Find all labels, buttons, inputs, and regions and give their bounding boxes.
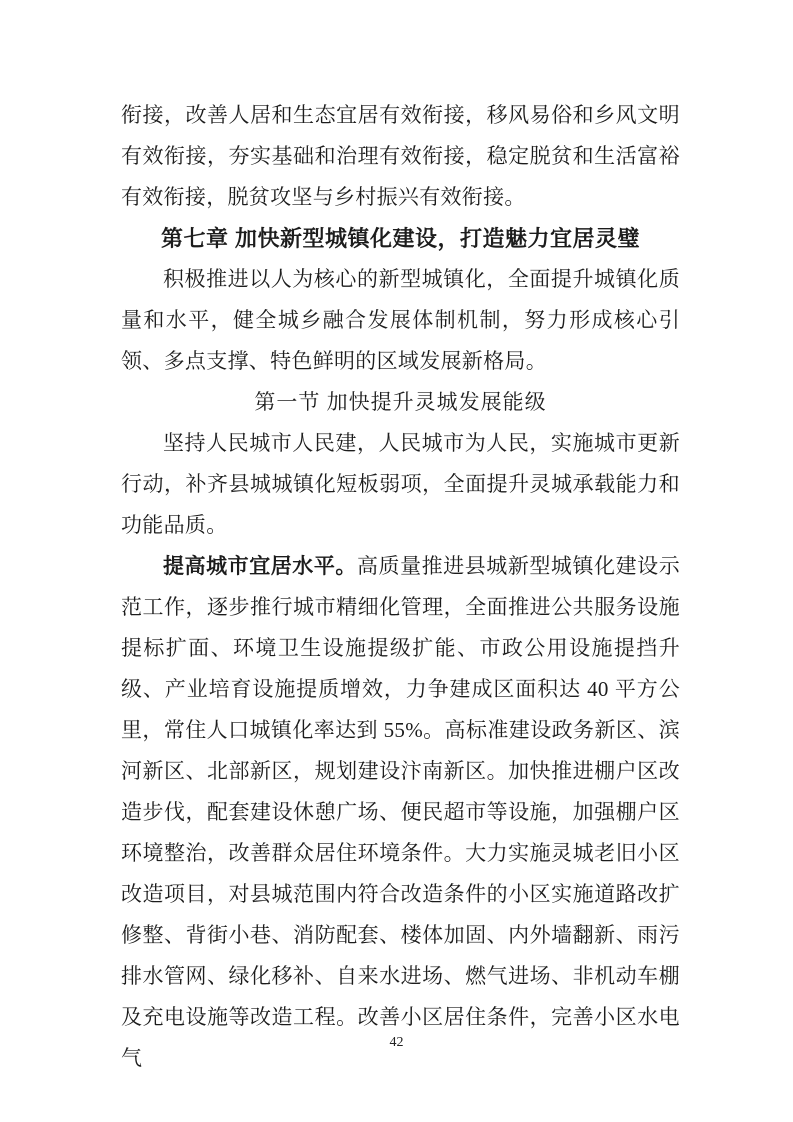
paragraph-chapter-intro: 积极推进以人为核心的新型城镇化，全面提升城镇化质量和水平，健全城乡融合发展体制机…	[121, 259, 680, 382]
paragraph-livability-lead: 提高城市宜居水平。	[163, 554, 357, 578]
chapter-heading: 第七章 加快新型城镇化建设，打造魅力宜居灵璧	[121, 218, 680, 259]
section-heading: 第一节 加快提升灵城发展能级	[121, 382, 680, 423]
paragraph-livability-text: 高质量推进县城新型城镇化建设示范工作，逐步推行城市精细化管理，全面推进公共服务设…	[121, 554, 680, 1070]
document-content: 衔接，改善人居和生态宜居有效衔接，移风易俗和乡风文明有效衔接，夯实基础和治理有效…	[121, 95, 680, 1079]
document-page: 衔接，改善人居和生态宜居有效衔接，移风易俗和乡风文明有效衔接，夯实基础和治理有效…	[0, 0, 793, 1122]
paragraph-section-intro: 坚持人民城市人民建，人民城市为人民，实施城市更新行动，补齐县城城镇化短板弱项，全…	[121, 423, 680, 546]
paragraph-livability: 提高城市宜居水平。高质量推进县城新型城镇化建设示范工作，逐步推行城市精细化管理，…	[121, 546, 680, 1079]
page-number: 42	[0, 1034, 793, 1052]
paragraph-continued: 衔接，改善人居和生态宜居有效衔接，移风易俗和乡风文明有效衔接，夯实基础和治理有效…	[121, 95, 680, 218]
